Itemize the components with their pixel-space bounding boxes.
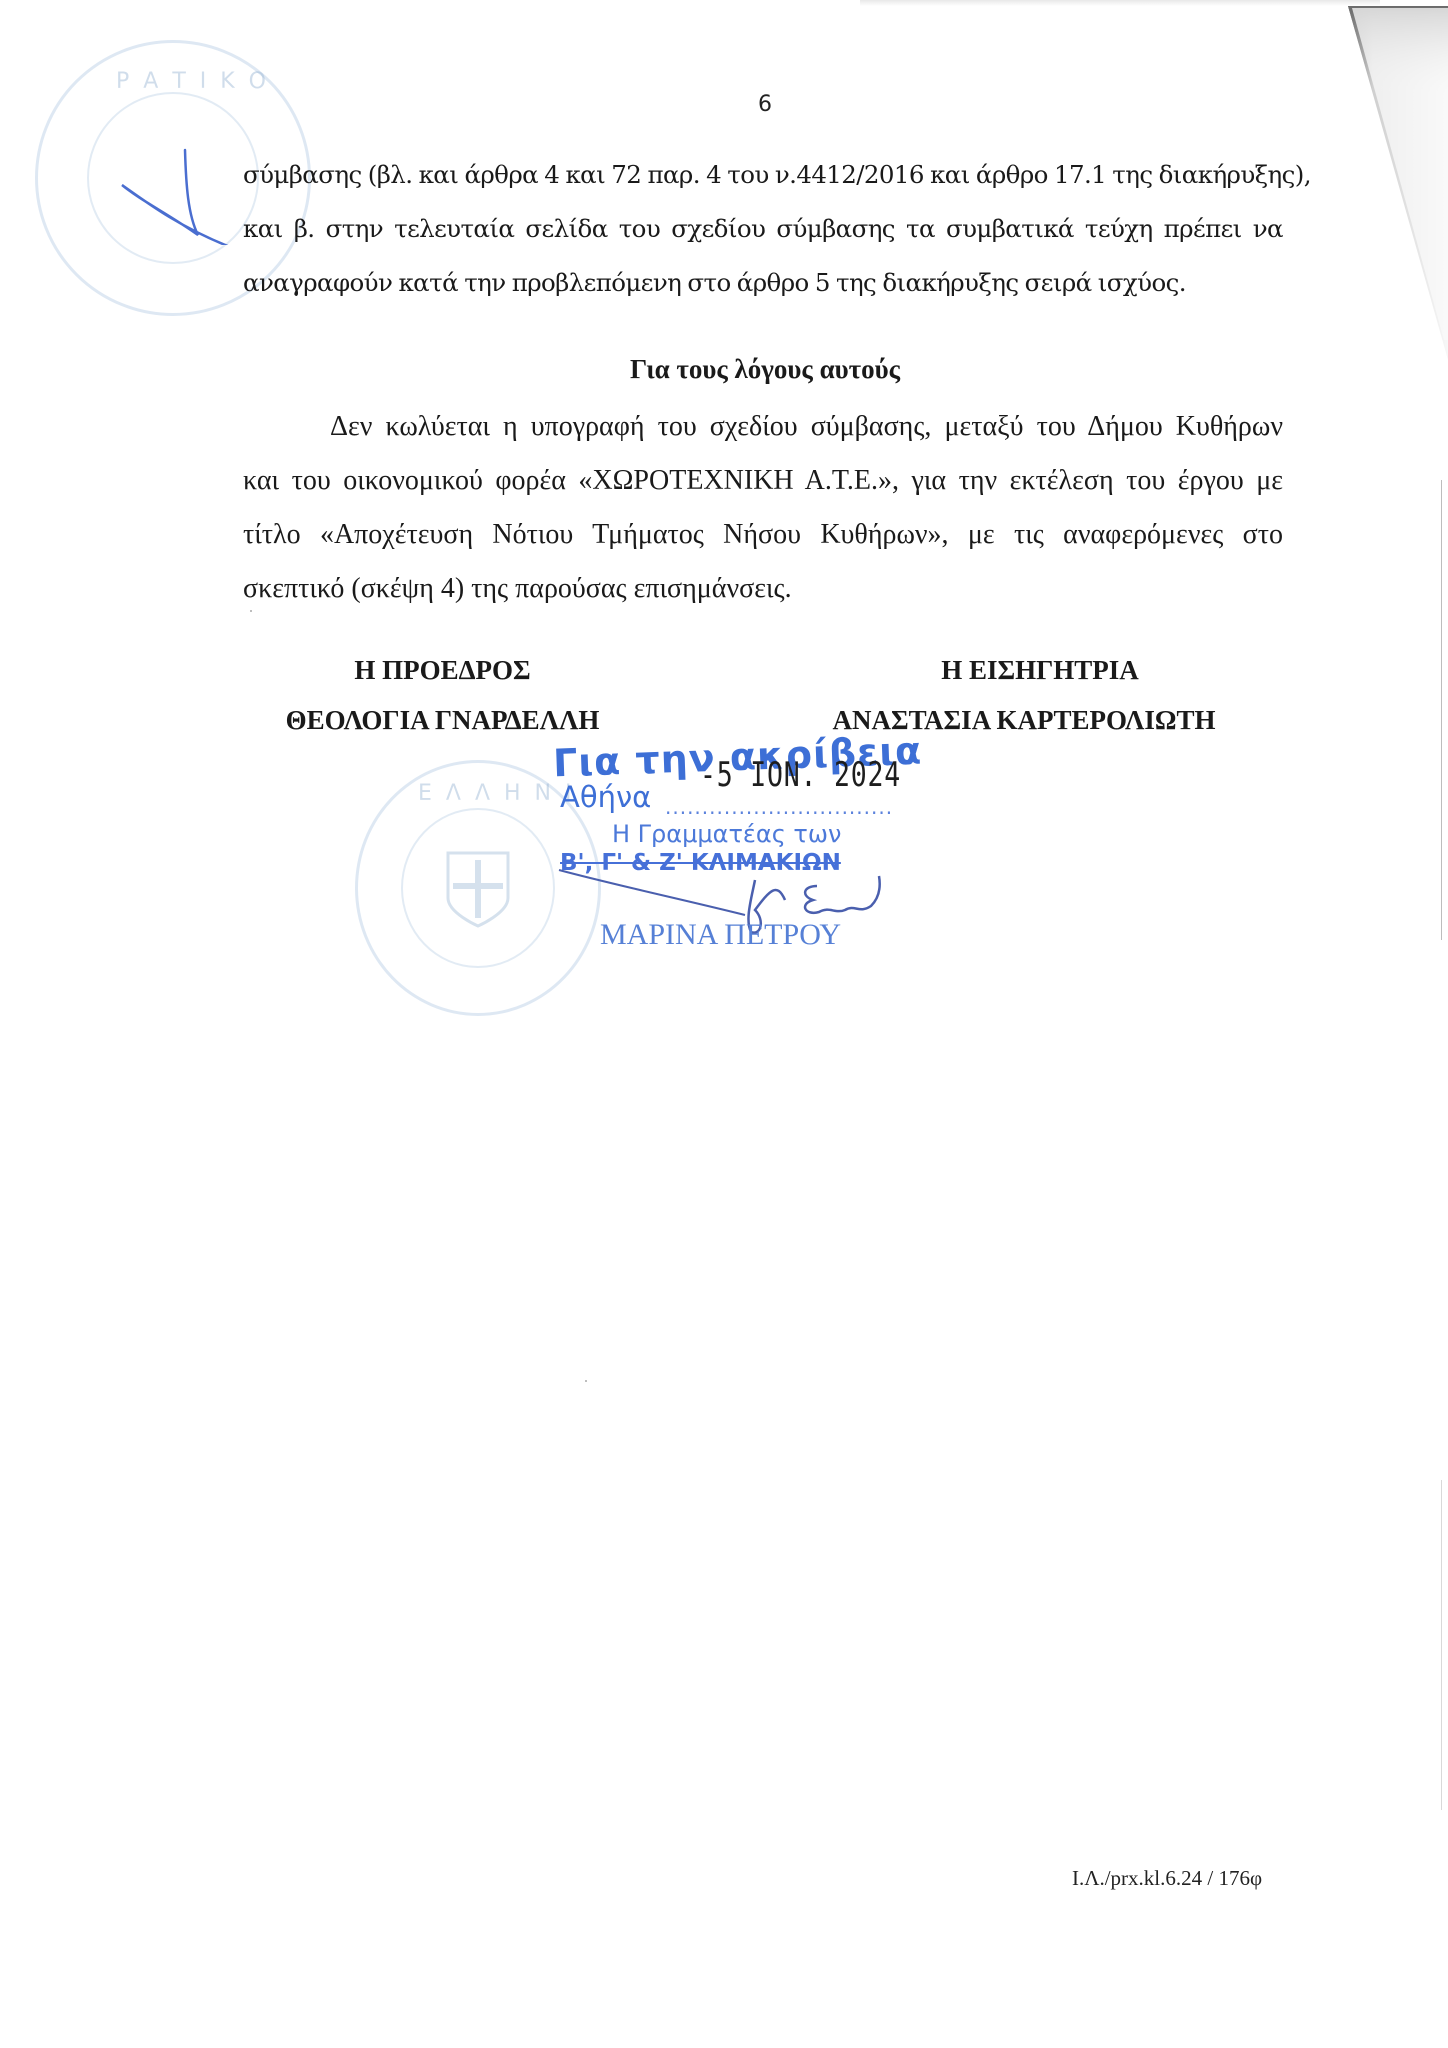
scan-speck	[250, 610, 252, 612]
decision-paragraph: Δεν κωλύεται η υπογραφή του σχεδίου σύμβ…	[243, 400, 1283, 616]
document-reference: Ι.Λ./prx.kl.6.24 / 176φ	[1072, 1866, 1262, 1891]
folded-corner-shadow	[1348, 0, 1448, 360]
page-number: 6	[0, 92, 1448, 117]
president-title: Η ΠΡΟΕΔΡΟΣ	[290, 655, 595, 686]
text-line: σύμβασης (βλ. και άρθρα 4 και 72 παρ. 4 …	[243, 148, 1283, 202]
president-name: ΘΕΟΛΟΓΙΑ ΓΝΑΡΔΕΛΛΗ	[260, 705, 625, 736]
scan-edge-line	[1441, 480, 1442, 940]
paragraph-continuation: σύμβασης (βλ. και άρθρα 4 και 72 παρ. 4 …	[243, 148, 1283, 310]
document-page: ΡΑΤΙΚΟ 6 σύμβασης (βλ. και άρθρα 4 και 7…	[0, 0, 1448, 2048]
text-line: τίτλο «Αποχέτευση Νότιου Τμήματος Νήσου …	[243, 508, 1283, 562]
seal-text: ΡΑΤΙΚΟ	[116, 69, 280, 94]
stamp-department: Β', Γ' & Ζ' ΚΛΙΜΑΚΙΩΝ	[560, 850, 841, 876]
scan-speck	[585, 1380, 587, 1382]
text-line: αναγραφούν κατά την προβλεπόμενη στο άρθ…	[243, 256, 1283, 310]
scan-top-edge-shadow	[860, 0, 1380, 6]
text-line: Δεν κωλύεται η υπογραφή του σχεδίου σύμβ…	[243, 400, 1283, 454]
rapporteur-title: Η ΕΙΣΗΓΗΤΡΙΑ	[860, 655, 1220, 686]
stamp-signatory-name: ΜΑΡΙΝΑ ΠΕΤΡΟΥ	[600, 918, 841, 952]
stamp-dotted-line: ...............................	[665, 795, 893, 819]
scan-edge-line	[1441, 1480, 1442, 1810]
stamp-role: Η Γραμματέας των	[612, 820, 841, 848]
section-heading: Για τους λόγους αυτούς	[0, 354, 1448, 385]
text-line: και β. στην τελευταία σελίδα του σχεδίου…	[243, 202, 1283, 256]
coat-of-arms-icon	[443, 848, 513, 928]
stamp-city: Αθήνα	[560, 780, 651, 814]
text-line: σκεπτικό (σκέψη 4) της παρούσας επισημάν…	[243, 562, 1283, 616]
text-line: και του οικονομικού φορέα «ΧΩΡΟΤΕΧΝΙΚΗ Α…	[243, 454, 1283, 508]
stamp-date: -5 ΙΟΝ. 2024	[700, 755, 901, 795]
